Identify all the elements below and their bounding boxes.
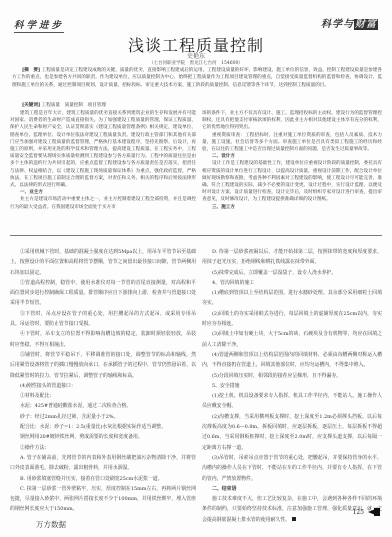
keywords-text: 工程质量 质量控制 项目管理 [42,103,106,108]
watermark: 万方数据 [36,519,66,530]
body-paragraph: ①采用机械下管时，基础的混凝土强度在达到5Mpa以上，用吊车平管节吊至基础上，按… [10,247,196,278]
section-divider [10,235,382,236]
section-header-right-text: 科学与 [321,19,354,30]
body-paragraph: ②管道高程控制，稳管中，使用水准仪对每一节管的首尾直接测量，对高程和平面位置同步… [10,278,196,309]
body-paragraph: (4)管道两侧和管顶以上结构层范围内的回填材料，必须由沟槽两侧对称运入槽内，不得… [202,350,382,371]
abstract: [摘 要] 工程质量是决定工程建设成败的关键，质量的优劣，直接影响工程建成后的运… [12,67,382,89]
intro-paragraph: 建筑工程是百年大计，建筑工程质量的优劣直接关系到建筑企业的生存和发展并有可能对国… [10,110,196,189]
body-paragraph: (1)槽底到管顶以上至结构层范围，进行水撼砂处理。其余部分采用细粒土回填夯实。 [202,288,382,309]
body-paragraph: C. 抹第一层砂浆一管外壁粘牢，压实，厚度控制在15mm左右，再将两片钢丝网包捷… [10,484,196,515]
body-paragraph: ⑤铺管时，将管节平稳吊下，平移调准管的接口处，调整管节的标高和轴线，然后用紧管设… [10,350,196,381]
article-affiliation: （七台河职业学院 黑龙江七台河 154600） [0,60,392,66]
end-of-article-mark-icon [292,517,296,521]
keywords-label: [关键词] [22,103,40,108]
body-paragraph: 砂子：经过2mm孔径过筛，含泥量小于2%。 [10,412,196,422]
heading-owner: 一、业主方 [10,189,196,196]
top-right-column: 场的条件下，业主方不仅具有设计、施工、监理招投标的主动权，建设行为的监督管理控制… [202,110,382,211]
abstract-text: 工程质量是决定工程建设成败的关键，质量的优劣，直接影响工程建成后的运用。工程建设… [12,68,382,88]
body-paragraph: (3)回填土中如有硬土块，大于5cm的砖、石硬块及含有机物等，均应在回填之前人工… [202,329,382,350]
body-paragraph: ③下管时，吊点应设在管子的重心处，用拦腰起吊的方式起吊，或采用专用吊具。吊运管时… [10,309,196,330]
design-paragraph: 设计工作是工程建设的基础性工作，建设单位应重视设计阶段的质量控制，委托具有相应资… [202,160,382,203]
body-paragraph: (5)抹带完成后，立即覆盖一层湿袋子，设专人浇水养护。 [202,268,382,278]
body-paragraph: A. 管子在铺高前，先将管节的内表和外表用钢丝刷把油污杂物清除干净，并将管口外皮… [10,453,196,474]
body-paragraph: (3)吊管时，吊索吊点应置于管节的重心处，把腰起吊，并要保持管身的水平，沟槽内的… [202,453,382,484]
body-paragraph: 钢丝网用20#镀锌铁丝网，剪成需要的长度和宽度备用。 [10,432,196,442]
body-paragraph: ①材料及配比： [10,391,196,401]
qualification-paragraph: 重视资质审查：工程招标时，注重对施工单位资质的审查，包括人员素质、技术力量、施工… [202,132,382,154]
body-paragraph: 配合比：水泥：砂子=1：2.5(重量比)水灰比根据实际作适当调整。 [10,422,196,432]
bottom-right-column: D. 待第一层砂浆初凝以后，才能开始抹第二层，按照抹带的宽度和厚度要求，用抹子赶… [202,247,382,525]
article-author: 史艳东 [0,51,392,60]
body-paragraph: 水泥：425#普通硅酸盐水泥，通过二次检查合格。 [10,401,196,411]
abstract-label: [摘 要] [22,68,40,73]
heading-construction: 三、施工方 [202,204,382,211]
body-paragraph: (4)刚性接头的管道接口： [10,381,196,391]
owner-paragraph-cont: 场的条件下，业主方不仅具有设计、施工、监理招投标的主动权，建设行为的监督管理控制… [202,110,382,132]
body-paragraph: ④下管时，吊车支立的位置不得影响沟槽边坡的稳定，装卸时须轻装轻放，吊装时应垫稳，… [10,329,196,350]
section-header-left: 科学进步 [14,17,64,33]
body-paragraph: 4、管沟回填的施工 [202,278,382,288]
body-paragraph: (2)沟槽支撑，当采用横列板支撑时，挖土深度至1.2m必须撑头挡板。以后每次撑板… [202,412,382,453]
top-left-column: 建筑工程是百年大计，建筑工程质量的优劣直接关系到建筑企业的生存和发展并有可能对国… [10,110,196,211]
page-number: 125 [353,509,364,516]
heading-design: 二、设计方 [202,153,382,160]
owner-paragraph: 业主方是建设市场活动中重要主体之一，业主方控制着建设工程全部投资，并且是调控行为… [10,196,196,210]
section-header-right-dark: 财富 [354,19,378,30]
body-paragraph: (1)挖土机、机具设备要求专人指挥，机具工作半径内，不能站人。施工操作人员应戴安… [202,391,382,412]
page-number-block: 125 [353,508,378,516]
body-paragraph: B. 用砂浆填塞管缝并压实，接着在管口处刷宽25cm水泥浆一道。 [10,474,196,484]
body-paragraph: (2)回填土的夯实采用蛙式夯进行，每层回填土的虚铺厚度在25cm以内，夯实时应夯… [202,309,382,330]
section-header-right: 科学与财富 [321,15,378,30]
body-paragraph: D. 待第一层砂浆初凝以后，才能开始抹第二层，按照抹带的宽度和厚度要求，用抹子赶… [202,247,382,268]
body-paragraph: ②操作方法： [10,443,196,453]
keywords: [关键词] 工程质量 质量控制 项目管理 [22,102,106,108]
body-paragraph: (5)分段回填压实时，相邻段的接茬应呈梯形，且不得漏夯。 [202,371,382,381]
page-arrow-icon [368,508,378,516]
bottom-left-column: ①采用机械下管时，基础的混凝土强度在达到5Mpa以上，用吊车平管节吊至基础上，按… [10,247,196,515]
body-paragraph: 5、安全措施 [202,381,382,391]
heading-conclusion: 二、结束语 [202,484,382,494]
journal-page: 科学进步 科学与财富 浅谈工程质量控制 史艳东 （七台河职业学院 黑龙江七台河 … [0,0,392,537]
